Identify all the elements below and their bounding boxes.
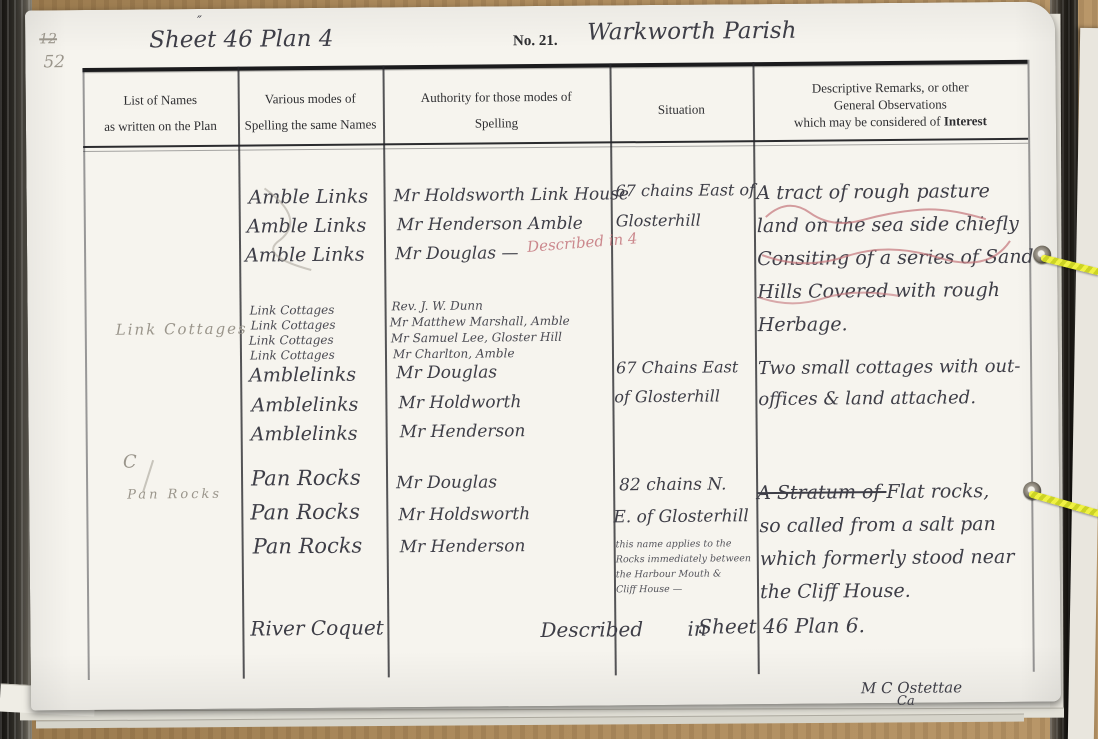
spelling-entry: Amble Links [245,246,365,266]
register-page: 12 52 ″ Sheet 46 Plan 4 No. 21. Warkwort… [25,2,1061,711]
situation-entry: of Glosterhill [614,388,720,405]
column-header-remarks: Descriptive Remarks, or other [753,80,1028,95]
column-header-remarks-text: which may be considered of [794,113,944,129]
spelling-entry-small: Link Cottages [249,334,334,347]
column-header-names: List of Names [83,93,238,107]
column-header-authority: Authority for those modes of [383,89,610,104]
remarks-line: the Cliff House. [760,582,911,602]
situation-entry: Glosterhill [616,213,701,230]
margin-note-bottom: 52 [43,54,65,71]
situation-entry: 67 Chains East [616,359,738,376]
column-header-names: as written on the Plan [83,119,238,133]
spelling-entry: River Coquet [250,617,384,638]
spelling-entry: Amblelinks [251,396,358,416]
remarks-line: land on the sea side chiefly [757,215,1019,236]
page-number-label: No. 21. [495,34,575,50]
spelling-entry-small: Link Cottages [251,319,336,332]
table-rule [82,68,89,680]
spelling-entry: Pan Rocks [253,536,363,558]
remarks-line: A tract of rough pasture [757,182,990,203]
situation-entry: E. of Glosterhill [613,508,749,526]
remarks-line: Hills Covered with rough [757,281,1000,302]
situation-entry: 82 chains N. [619,476,727,494]
examiner-signature-initials: Ca [897,695,915,708]
remarks-line: which formerly stood near [760,548,1015,569]
spelling-entry: Amble Links [247,217,367,237]
authority-entry: Mr Holdsworth Link House [394,186,629,205]
spelling-entry: Pan Rocks [250,502,360,524]
scanned-register-photo: 12 52 ″ Sheet 46 Plan 4 No. 21. Warkwort… [0,0,1098,739]
spelling-entry-small: Link Cottages [250,349,335,362]
plan-name: Link Cottages [116,322,248,338]
spelling-entry: Amblelinks [249,366,356,386]
column-header-situation: Situation [610,102,753,116]
remarks-line: Herbage. [758,315,848,335]
situation-note-line: Cliff House — [616,585,682,595]
red-annotation: Described in 4 [527,231,638,255]
spelling-entry: Amble Links [249,188,369,208]
struck-text: A Stratum of [757,481,886,504]
situation-note-line: Rocks immediately between [616,554,751,565]
spelling-entry: Amblelinks [251,425,358,445]
sheet-reference: Sheet 46 Plan 4 [149,28,333,53]
spelling-entry: Pan Rocks [251,468,361,490]
situation-entry: 67 chains East of [615,182,755,199]
table-rule [82,60,1027,72]
table-rule [1027,60,1034,672]
authority-entry: Mr Holdsworth [398,506,530,524]
column-header-remarks: General Observations [753,97,1028,112]
spelling-entry-small: Link Cottages [250,304,335,317]
authority-entry: Mr Holdworth [398,394,521,412]
remarks-line: offices & land attached. [758,389,976,409]
authority-entry-small: Mr Samuel Lee, Gloster Hill [391,331,562,344]
authority-entry: Mr Henderson Amble [397,216,583,235]
remarks-line: Two small cottages with out- [758,358,1020,378]
column-header-remarks: which may be considered of Interest [753,114,1028,129]
table-rule [237,67,244,679]
authority-entry: Mr Henderson [400,538,526,556]
cross-reference: Sheet 46 Plan 6. [698,615,865,636]
authority-entry: Mr Douglas [396,474,497,492]
plan-name: Pan Rocks [127,488,222,502]
authority-entry-small: Mr Charlton, Amble [393,347,515,360]
remarks-line: Consiting of a series of Sand [757,248,1034,269]
situation-note-line: this name applies to the [616,539,732,550]
column-header-remarks-emphasis: Interest [944,113,987,128]
margin-note-top: 12 [39,32,57,46]
table-rule [382,65,389,677]
margin-check-mark: C [123,454,137,472]
authority-entry: Mr Henderson [400,423,526,441]
column-header-spelling-modes: Spelling the same Names [238,117,383,131]
remarks-text: Flat rocks, [886,480,989,503]
authority-entry-small: Mr Matthew Marshall, Amble [390,315,570,329]
column-header-spelling-modes: Various modes of [238,91,383,105]
remarks-line: A Stratum of Flat rocks, [757,482,989,503]
parish-name: Warkworth Parish [587,20,797,45]
authority-entry: Mr Douglas — [395,245,518,263]
column-header-authority: Spelling [383,115,610,130]
authority-entry: Mr Douglas [396,364,497,382]
described-in-note: Described in [540,619,707,640]
remarks-line: so called from a salt pan [759,515,996,536]
situation-note-line: the Harbour Mouth & [616,569,722,579]
authority-entry-small: Rev. J. W. Dunn [392,300,483,313]
